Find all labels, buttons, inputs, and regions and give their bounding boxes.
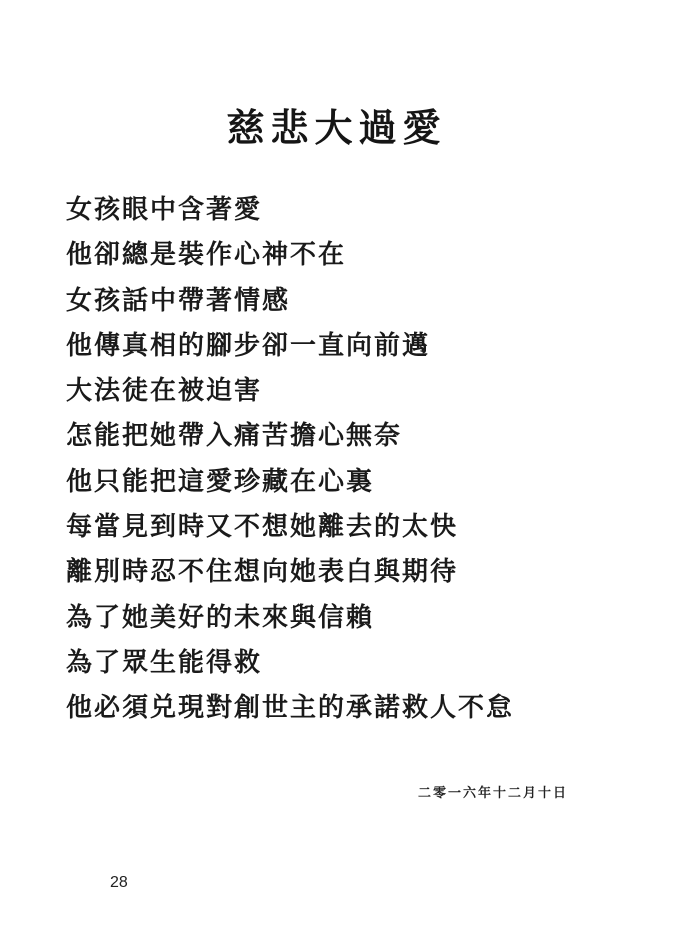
poem-line: 怎能把她帶入痛苦擔心無奈	[66, 414, 514, 459]
poem-line: 女孩眼中含著愛	[66, 188, 514, 233]
page-number: 28	[110, 874, 128, 892]
poem-line: 他傳真相的腳步卻一直向前邁	[66, 324, 514, 369]
poem-line: 他卻總是裝作心神不在	[66, 233, 514, 278]
poem-line: 他只能把這愛珍藏在心裏	[66, 460, 514, 505]
poem-line: 每當見到時又不想她離去的太快	[66, 505, 514, 550]
poem-date: 二零一六年十二月十日	[418, 782, 568, 801]
poem-line: 他必須兑現對創世主的承諾救人不怠	[66, 686, 514, 731]
poem-line: 女孩話中帶著情感	[66, 279, 514, 324]
poem-body: 女孩眼中含著愛 他卻總是裝作心神不在 女孩話中帶著情感 他傳真相的腳步卻一直向前…	[66, 188, 514, 732]
poem-title: 慈悲大過愛	[0, 103, 673, 153]
poem-line: 大法徒在被迫害	[66, 369, 514, 414]
poem-line: 為了她美好的未來與信賴	[66, 596, 514, 641]
poem-line: 離別時忍不住想向她表白與期待	[66, 550, 514, 595]
document-page: 慈悲大過愛 女孩眼中含著愛 他卻總是裝作心神不在 女孩話中帶著情感 他傳真相的腳…	[0, 0, 673, 949]
poem-line: 為了眾生能得救	[66, 641, 514, 686]
